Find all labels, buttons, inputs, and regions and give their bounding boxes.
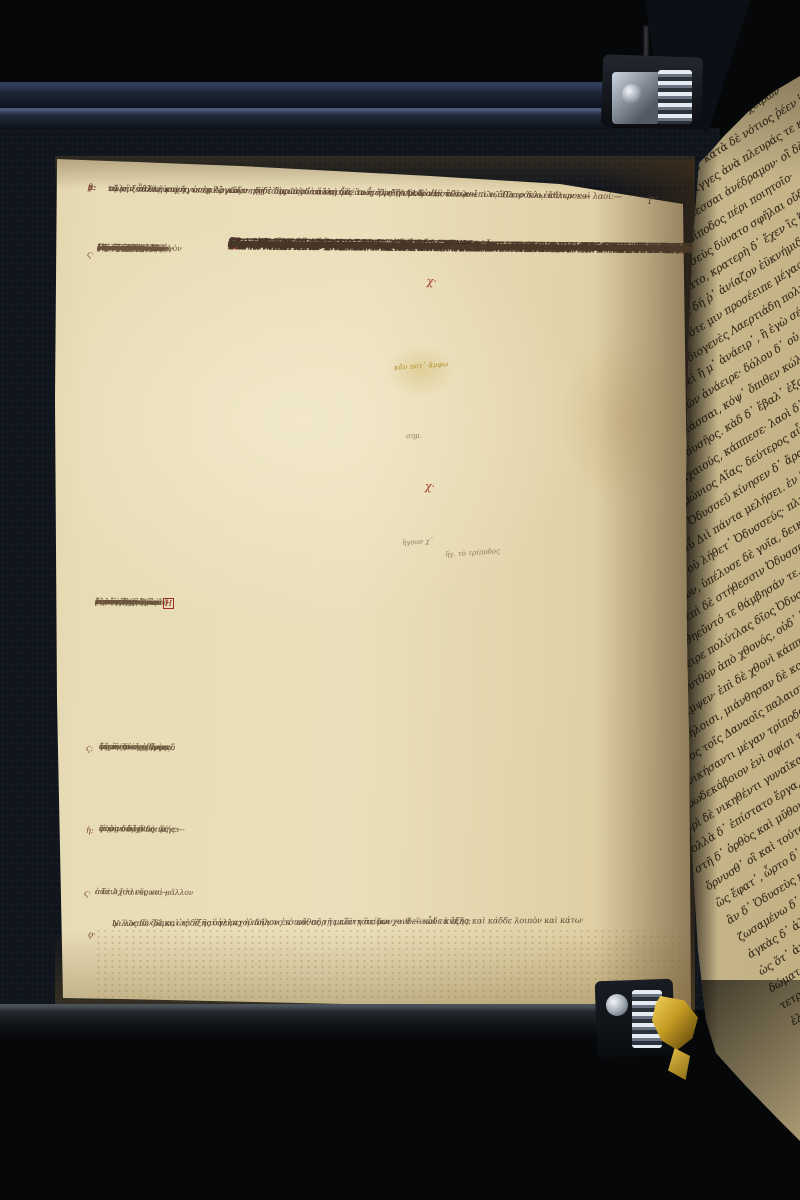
bottom-siglum: ϙ· xyxy=(88,930,96,940)
parchment-follicle-texture xyxy=(95,928,680,1000)
header-gamma-mark: Γ᾽ xyxy=(648,197,659,207)
top-hinge-icon xyxy=(658,70,692,124)
red-chi-mark: χ· xyxy=(427,275,437,288)
red-chi-mark: χ· xyxy=(425,480,435,493)
photo-stage: α:β:γ: πάλη τε ἀλκῇ καὶ ἀγωνίῃ κ᾽· πὺξ τ… xyxy=(0,0,800,1200)
top-rail-lower xyxy=(0,108,612,130)
scholium-line: πεσὼν ἔκειτο:— xyxy=(95,597,157,610)
red-reference-mark: Η xyxy=(163,598,174,609)
gutter-shadow xyxy=(595,160,695,1020)
top-screw-icon xyxy=(622,84,642,104)
bottom-screw-icon xyxy=(606,994,628,1016)
margin-siglum: ἡ: xyxy=(86,826,94,835)
margin-siglum: ϛ· xyxy=(84,889,91,898)
header-siglum: γ: xyxy=(88,183,96,196)
bottom-rail xyxy=(0,1004,606,1038)
top-rail-upper xyxy=(0,82,618,108)
scholium-line: φησὶν καὶ ὁ ποιητής:— xyxy=(99,824,185,837)
interlinear-gloss: σημ. xyxy=(406,431,422,440)
parchment-stain xyxy=(560,330,680,510)
margin-siglum: ϛ· xyxy=(87,250,94,259)
verse-line: ὁ δὲ Ἀχιλλεὺς ταχέως ἕτερα τρίτα ἔθηκεν … xyxy=(443,241,688,260)
scholium-line: τὸ τῆς πάλης ἔργον: xyxy=(99,742,175,755)
scholium-line: των ἡ λέξις:— xyxy=(97,243,151,256)
margin-siglum: ϛ: xyxy=(86,744,93,753)
scholium-line: πᾶσιν ἴσα νέμων:— xyxy=(95,887,169,900)
